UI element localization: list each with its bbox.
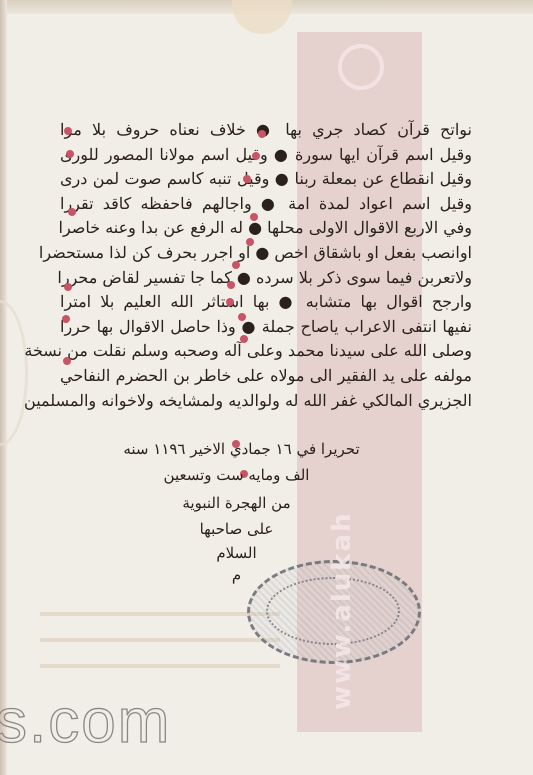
text-line: وفي الاربع الاقوال الاولى محلها ● له الر… xyxy=(60,216,472,241)
colophon-line: السلام xyxy=(0,544,503,562)
text-line: وقيل اسم قرآن ايها سورة ● وقيل اسم مولان… xyxy=(60,143,472,168)
colophon-line: الف ومايه ست وتسعين xyxy=(0,466,503,484)
paper-stain xyxy=(232,0,292,34)
text-line: اوانصب بفعل او باشقاق اخص ● او اجرر بحرف… xyxy=(60,241,472,266)
watermark-logo-icon xyxy=(338,44,384,90)
colophon-line: على صاحبها xyxy=(0,520,503,538)
rubric-dot xyxy=(246,238,254,246)
text-line: وارجح اقوال بها متشابه ● بها استاثر الله… xyxy=(60,290,472,315)
rubric-dot xyxy=(243,175,251,183)
text-line: وقيل انقطاع عن بمعلة ربنا ● وقيل تنبه كا… xyxy=(60,167,472,192)
rubric-dot xyxy=(238,313,246,321)
rubric-dot xyxy=(232,261,240,269)
watermark-text: s.com xyxy=(0,686,171,757)
rubric-dot xyxy=(64,127,72,135)
text-line: الجزيري المالكي غفر الله له ولوالديه ولم… xyxy=(60,389,472,414)
rubric-dot xyxy=(64,283,72,291)
manuscript-page: نواتح قرآن كصاد جري بها ● خلاف نعناه حرو… xyxy=(0,0,533,775)
text-line: نواتح قرآن كصاد جري بها ● خلاف نعناه حرو… xyxy=(60,118,472,143)
watermark-vertical-text: www.alukah xyxy=(327,470,357,710)
bleed-through-text xyxy=(40,590,280,690)
text-line: نفيها انتفى الاعراب ياصاح جملة ● وذا حاص… xyxy=(60,315,472,340)
colophon-line: م xyxy=(0,566,503,584)
manuscript-body: نواتح قرآن كصاد جري بها ● خلاف نعناه حرو… xyxy=(60,118,472,413)
rubric-dot xyxy=(68,208,76,216)
text-line: وقيل اسم اعواد لمدة امة ● واجالهم فاحفظه… xyxy=(60,192,472,217)
rubric-dot xyxy=(63,357,71,365)
colophon-line: تحريرا في ١٦ جمادي الاخير ١١٩٦ سنه xyxy=(0,440,533,458)
text-line: ولاتعربن فيما سوى ذكر بلا سرده ● كما جا … xyxy=(60,266,472,291)
text-line: وصلى الله على سيدنا محمد وعلى آله وصحبه … xyxy=(60,339,472,364)
text-line: مولفه على يد الفقير الى مولاه على خاطر ب… xyxy=(60,364,472,389)
binding-mark xyxy=(0,300,28,446)
colophon-line: من الهجرة النبوية xyxy=(0,494,503,512)
rubric-dot xyxy=(227,281,235,289)
rubric-dot xyxy=(240,335,248,343)
rubric-dot xyxy=(226,298,234,306)
rubric-dot xyxy=(62,315,70,323)
rubric-dot xyxy=(258,130,266,138)
rubric-dot xyxy=(250,213,258,221)
rubric-dot xyxy=(66,150,74,158)
rubric-dot xyxy=(252,152,260,160)
